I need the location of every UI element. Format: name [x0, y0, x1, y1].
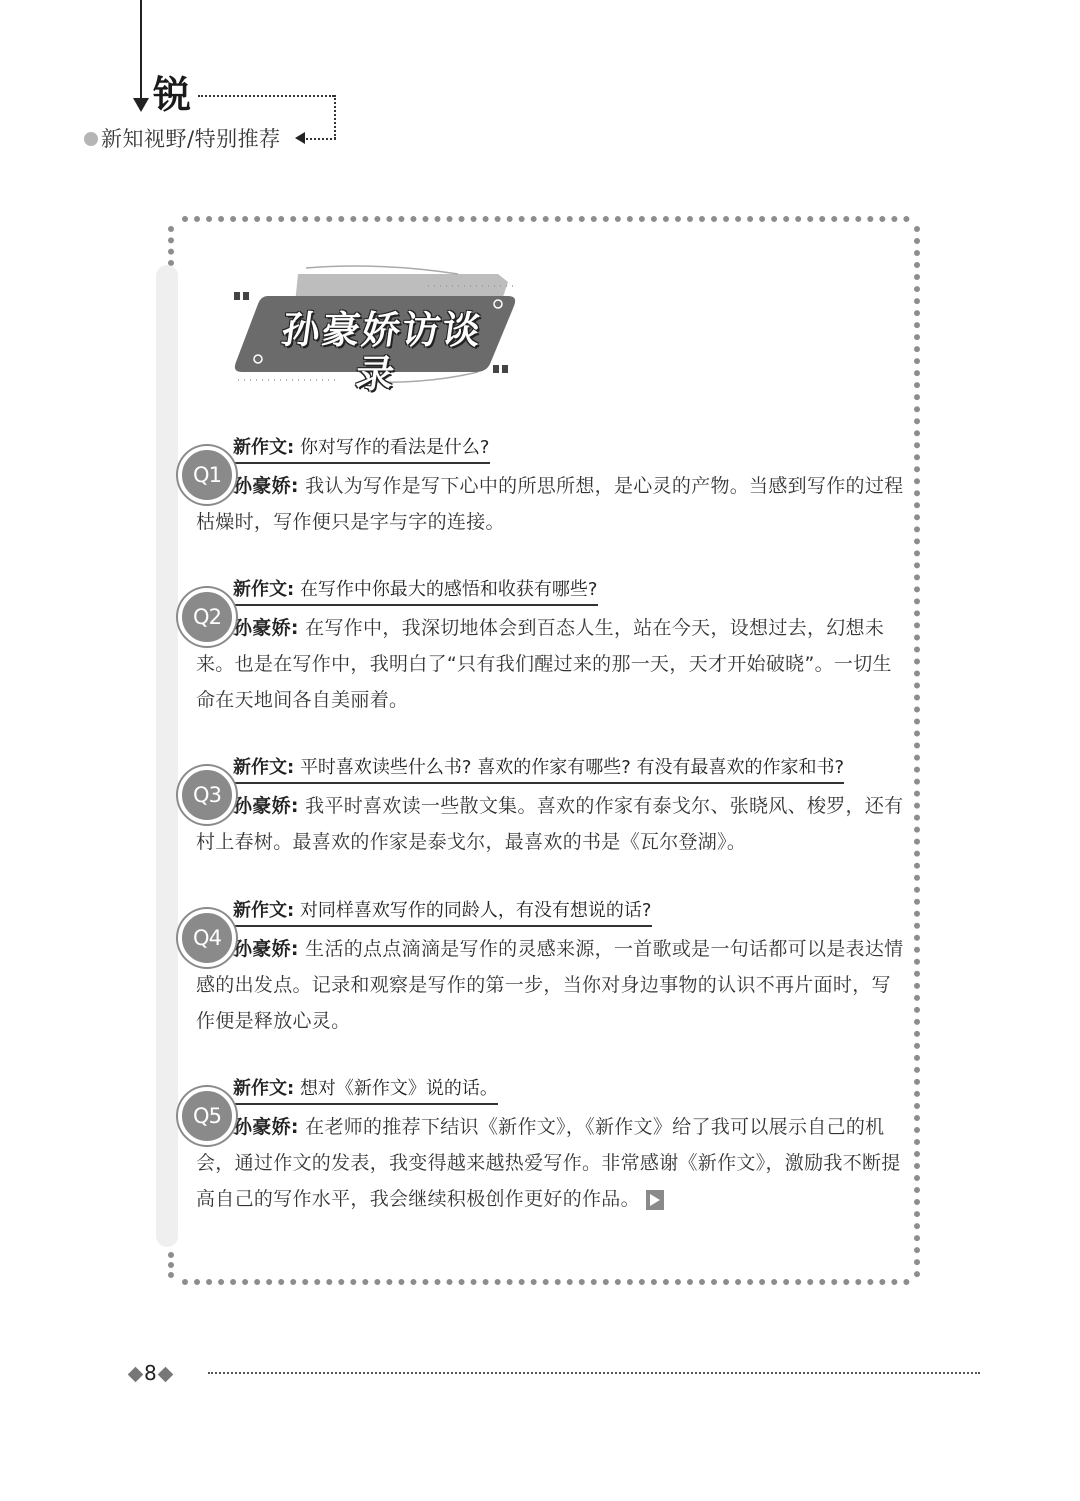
interviewer-label: 新作文: [233, 757, 294, 778]
header-dotted-connector [306, 138, 336, 140]
section-subtitle: 新知视野/特别推荐 [101, 124, 281, 154]
answer: 孙豪娇: 我认为写作是写下心中的所思所想，是心灵的产物。当感到写作的过程枯燥时，… [196, 468, 908, 540]
answer: 孙豪娇: 在老师的推荐下结识《新作文》，《新作文》给了我可以展示自己的机会，通过… [196, 1109, 908, 1217]
interviewer-label: 新作文: [233, 1078, 294, 1099]
interviewer-label: 新作文: [233, 900, 294, 921]
answer: 孙豪娇: 在写作中，我深切地体会到百态人生，站在今天，设想过去，幻想未来。也是在… [196, 610, 908, 718]
frame-border-left [168, 1252, 174, 1278]
diamond-icon [157, 1367, 173, 1383]
answer: 孙豪娇: 我平时喜欢读一些散文集。喜欢的作家有泰戈尔、张晓风、梭罗，还有村上春树… [196, 788, 908, 860]
question: 新作文: 平时喜欢读些什么书? 喜欢的作家有哪些? 有没有最喜欢的作家和书? [233, 754, 844, 784]
question: 新作文: 在写作中你最大的感悟和收获有哪些? [233, 576, 598, 606]
arrow-left-icon [295, 132, 305, 144]
title-banner: 孙豪娇访谈录 [228, 262, 528, 387]
qa-item: Q5 新作文: 想对《新作文》说的话。 孙豪娇: 在老师的推荐下结识《新作文》，… [196, 1075, 908, 1217]
question-number-badge: Q3 [178, 766, 236, 824]
answer-text: 我认为写作是写下心中的所思所想，是心灵的产物。当感到写作的过程枯燥时，写作便只是… [196, 475, 903, 533]
interviewee-label: 孙豪娇: [233, 475, 299, 497]
answer: 孙豪娇: 生活的点点滴滴是写作的灵感来源，一首歌或是一句话都可以是表达情感的出发… [196, 931, 908, 1039]
bullet-icon [84, 132, 98, 146]
footer-dotted-line [208, 1372, 980, 1374]
answer-text: 在写作中，我深切地体会到百态人生，站在今天，设想过去，幻想未来。也是在写作中，我… [196, 617, 892, 711]
interview-title: 孙豪娇访谈录 [258, 308, 500, 396]
interviewee-label: 孙豪娇: [233, 938, 299, 960]
question: 新作文: 你对写作的看法是什么? [233, 434, 490, 464]
question-text: 想对《新作文》说的话。 [300, 1078, 498, 1099]
question: 新作文: 对同样喜欢写作的同龄人，有没有想说的话? [233, 897, 652, 927]
page-number-text: 8 [144, 1361, 157, 1385]
interviewee-label: 孙豪娇: [233, 795, 299, 817]
arrow-down-icon [133, 98, 149, 112]
frame-border-right [914, 226, 920, 1278]
section-title: 锐 [153, 72, 191, 118]
page-number: 8 [127, 1360, 174, 1386]
interviewer-label: 新作文: [233, 437, 294, 458]
question: 新作文: 想对《新作文》说的话。 [233, 1075, 498, 1105]
frame-border-bottom [182, 1279, 910, 1285]
qa-item: Q3 新作文: 平时喜欢读些什么书? 喜欢的作家有哪些? 有没有最喜欢的作家和书… [196, 754, 908, 860]
qa-item: Q2 新作文: 在写作中你最大的感悟和收获有哪些? 孙豪娇: 在写作中，我深切地… [196, 576, 908, 718]
decorative-side-bar [156, 265, 178, 1247]
question-text: 对同样喜欢写作的同龄人，有没有想说的话? [300, 900, 652, 921]
question-number-badge: Q4 [178, 909, 236, 967]
question-number-badge: Q2 [178, 588, 236, 646]
frame-border-top [182, 216, 910, 222]
qa-item: Q1 新作文: 你对写作的看法是什么? 孙豪娇: 我认为写作是写下心中的所思所想… [196, 434, 908, 540]
question-text: 在写作中你最大的感悟和收获有哪些? [300, 579, 598, 600]
answer-text: 生活的点点滴滴是写作的灵感来源，一首歌或是一句话都可以是表达情感的出发点。记录和… [196, 938, 903, 1032]
frame-border-left [168, 226, 174, 266]
question-number-badge: Q5 [178, 1087, 236, 1145]
question-text: 你对写作的看法是什么? [300, 437, 490, 458]
answer-text: 我平时喜欢读一些散文集。喜欢的作家有泰戈尔、张晓风、梭罗，还有村上春树。最喜欢的… [196, 795, 903, 853]
answer-text: 在老师的推荐下结识《新作文》，《新作文》给了我可以展示自己的机会，通过作文的发表… [196, 1116, 901, 1210]
interviewer-label: 新作文: [233, 579, 294, 600]
qa-item: Q4 新作文: 对同样喜欢写作的同龄人，有没有想说的话? 孙豪娇: 生活的点点滴… [196, 897, 908, 1039]
header-vertical-line [140, 0, 142, 100]
interviewee-label: 孙豪娇: [233, 617, 299, 639]
question-number-badge: Q1 [178, 446, 236, 504]
question-text: 平时喜欢读些什么书? 喜欢的作家有哪些? 有没有最喜欢的作家和书? [300, 757, 844, 778]
header-dotted-connector [334, 95, 336, 139]
header-dotted-connector [198, 95, 334, 97]
end-of-article-icon [646, 1190, 664, 1210]
diamond-icon [128, 1367, 144, 1383]
interviewee-label: 孙豪娇: [233, 1116, 299, 1138]
